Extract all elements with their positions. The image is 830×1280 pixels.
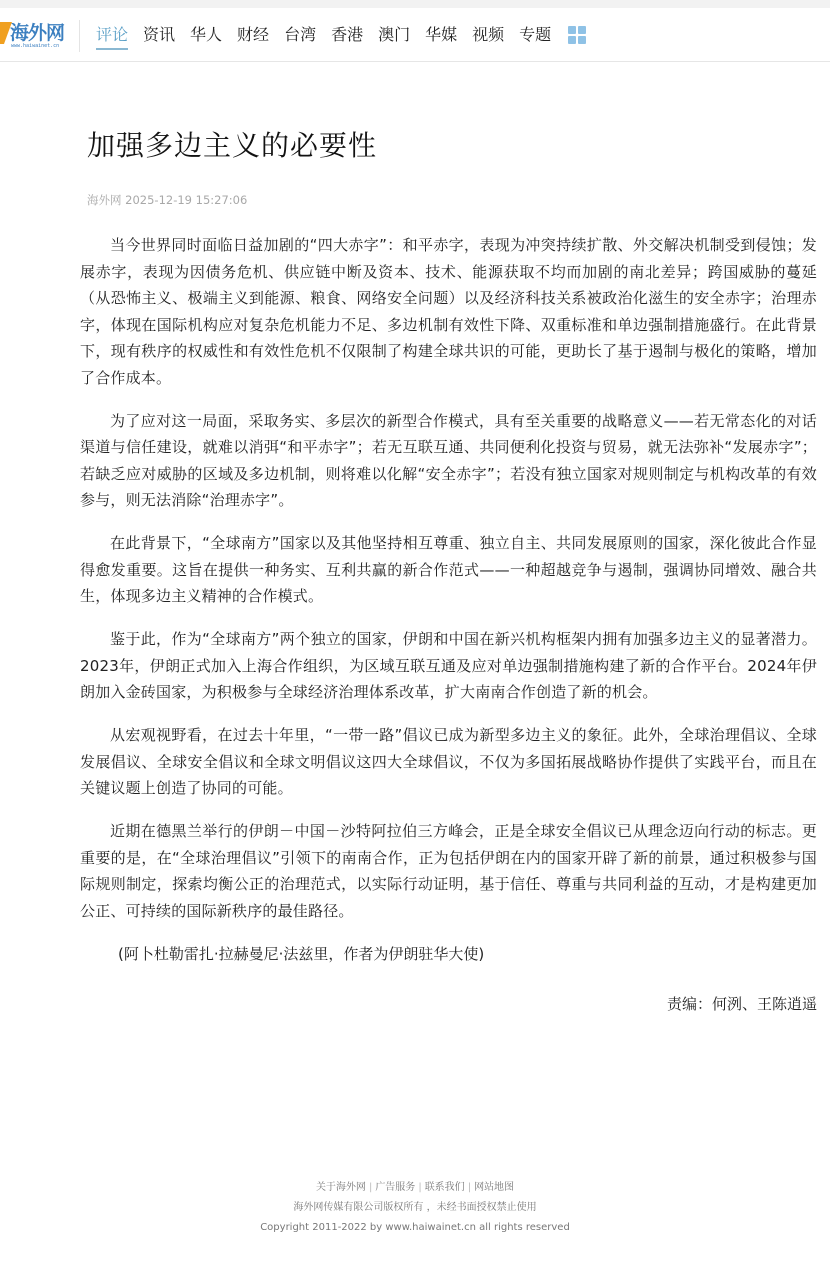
nav-item-overseas-chinese[interactable]: 华人: [190, 8, 222, 62]
article-body: 当今世界同时面临日益加剧的“四大赤字”：和平赤字，表现为冲突持续扩散、外交解决机…: [80, 232, 817, 1017]
footer-separator: |: [468, 1182, 471, 1193]
logo-divider: [79, 20, 80, 52]
nav-item-commentary[interactable]: 评论: [96, 8, 128, 62]
nav-item-video[interactable]: 视频: [472, 8, 504, 62]
article: 加强多边主义的必要性 海外网 2025-12-19 15:27:06 当今世界同…: [87, 120, 817, 1017]
footer-link-contact[interactable]: 联系我们: [425, 1182, 465, 1193]
article-meta: 海外网 2025-12-19 15:27:06: [87, 190, 817, 210]
article-paragraph: 在此背景下，“全球南方”国家以及其他坚持相互尊重、独立自主、共同发展原则的国家，…: [80, 530, 817, 610]
article-paragraph: 鉴于此，作为“全球南方”两个独立的国家，伊朗和中国在新兴机构框架内拥有加强多边主…: [80, 626, 817, 706]
article-paragraph: 近期在德黑兰举行的伊朗－中国－沙特阿拉伯三方峰会，正是全球安全倡议已从理念迈向行…: [80, 818, 817, 924]
grid-cell: [578, 26, 586, 34]
author-note: (阿卜杜勒雷扎·拉赫曼尼·法兹里，作者为伊朗驻华大使): [80, 941, 817, 967]
site-footer: 关于海外网|广告服务|联系我们|网站地图 海外网传媒有限公司版权所有 ，未经书面…: [0, 1178, 830, 1238]
nav-item-taiwan[interactable]: 台湾: [284, 8, 316, 62]
footer-links: 关于海外网|广告服务|联系我们|网站地图: [0, 1178, 830, 1198]
site-logo[interactable]: 海外网 www.haiwainet.cn: [0, 14, 72, 54]
article-title: 加强多边主义的必要性: [87, 120, 817, 172]
grid-cell: [568, 26, 576, 34]
footer-copyright: Copyright 2011-2022 by www.haiwainet.cn …: [0, 1218, 830, 1238]
logo-url: www.haiwainet.cn: [11, 43, 59, 49]
nav-item-chinese-media[interactable]: 华媒: [425, 8, 457, 62]
article-paragraph: 为了应对这一局面，采取务实、多层次的新型合作模式，具有至关重要的战略意义——若无…: [80, 408, 817, 514]
article-paragraph: 从宏观视野看，在过去十年里，“一带一路”倡议已成为新型多边主义的象征。此外，全球…: [80, 722, 817, 802]
nav-item-topics[interactable]: 专题: [519, 8, 551, 62]
footer-rights: 海外网传媒有限公司版权所有 ，未经书面授权禁止使用: [0, 1198, 830, 1218]
editor-credit: 责编：何洌、王陈逍遥: [80, 991, 817, 1017]
main-nav: 评论 资讯 华人 财经 台湾 香港 澳门 华媒 视频 专题: [96, 8, 586, 62]
site-header: 海外网 www.haiwainet.cn 评论 资讯 华人 财经 台湾 香港 澳…: [0, 8, 830, 62]
grid-cell: [568, 36, 576, 44]
nav-item-news[interactable]: 资讯: [143, 8, 175, 62]
nav-item-macau[interactable]: 澳门: [378, 8, 410, 62]
article-paragraph: 当今世界同时面临日益加剧的“四大赤字”：和平赤字，表现为冲突持续扩散、外交解决机…: [80, 232, 817, 391]
logo-text: 海外网: [10, 18, 64, 45]
footer-link-ads[interactable]: 广告服务: [375, 1182, 415, 1193]
footer-separator: |: [369, 1182, 372, 1193]
nav-item-hongkong[interactable]: 香港: [331, 8, 363, 62]
grid-menu-icon[interactable]: [568, 26, 586, 44]
browser-top-strip: [0, 0, 830, 8]
footer-link-about[interactable]: 关于海外网: [316, 1182, 366, 1193]
grid-cell: [578, 36, 586, 44]
footer-separator: |: [418, 1182, 421, 1193]
footer-link-sitemap[interactable]: 网站地图: [474, 1182, 514, 1193]
nav-item-finance[interactable]: 财经: [237, 8, 269, 62]
